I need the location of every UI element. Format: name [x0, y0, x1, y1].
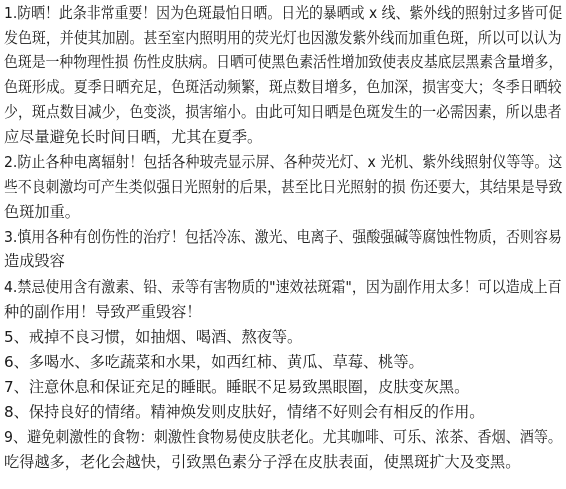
paragraph-1-line-5: 少，斑点数目减少，色变淡，损害缩小。由此可知日晒是色斑发生的一必需因素，所以患者 [4, 100, 562, 125]
paragraph-5: 5、戒掉不良习惯，如抽烟、喝酒、熬夜等。 [4, 325, 302, 350]
paragraph-1-line-1: 1.防晒！此条非常重要！因为色斑最怕日晒。日光的暴晒或 x 线、紫外线的照射过多… [4, 1, 562, 26]
paragraph-7: 7、注意休息和保证充足的睡眠。睡眠不足易致黑眼圈，皮肤变灰黑。 [4, 375, 469, 400]
paragraph-2-line-2: 些不良刺激均可产生类似强日光照射的后果，甚至比日光照射的损 伤还要大，其结果是导… [4, 175, 562, 200]
paragraph-1-line-6: 应尽量避免长时间日晒，尤其在夏季。 [4, 125, 262, 150]
paragraph-9-line-1: 9、避免刺激性的食物：刺激性食物易使皮肤老化。尤其咖啡、可乐、浓茶、香烟、酒等。 [4, 425, 562, 450]
paragraph-2-line-3: 色斑加重。 [4, 200, 80, 225]
paragraph-4-line-2: 种的副作用！导致严重毁容！ [4, 300, 201, 325]
paragraph-1-line-3: 色斑是一种物理性损 伤性皮肤病。日晒可使黑色素活性增加致使表皮基底层黑素含量增多… [4, 50, 562, 75]
paragraph-9-line-2: 吃得越多，老化会越快，引致黑色素分子浮在皮肤表面，使黑斑扩大及变黑。 [4, 450, 520, 475]
paragraph-2-line-1: 2.防止各种电离辐射！包括各种玻壳显示屏、各种荧光灯、x 光机、紫外线照射仪等等… [4, 150, 562, 175]
paragraph-1-line-4: 色斑形成。夏季日晒充足，色斑活动频繁，斑点数目增多，色加深，损害变大；冬季日晒较 [4, 75, 562, 100]
paragraph-8: 8、保持良好的情绪。精神焕发则皮肤好，情绪不好则会有相反的作用。 [4, 400, 484, 425]
paragraph-1-line-2: 发色斑，并使其加剧。甚至室内照明用的荧光灯也因激发紫外线而加重色斑，所以可以认为 [4, 26, 562, 51]
article-text: 1.防晒！此条非常重要！因为色斑最怕日晒。日光的暴晒或 x 线、紫外线的照射过多… [0, 0, 566, 489]
paragraph-3-line-2: 造成毁容 [4, 249, 65, 274]
paragraph-3-line-1: 3.慎用各种有创伤性的治疗！包括冷冻、激光、电离子、强酸强碱等腐蚀性物质，否则容… [4, 225, 562, 250]
paragraph-4-line-1: 4.禁忌使用含有激素、铅、汞等有害物质的"速效祛斑霜"，因为副作用太多！可以造成… [4, 275, 562, 300]
paragraph-6: 6、多喝水、多吃蔬菜和水果，如西红柿、黄瓜、草莓、桃等。 [4, 350, 424, 375]
